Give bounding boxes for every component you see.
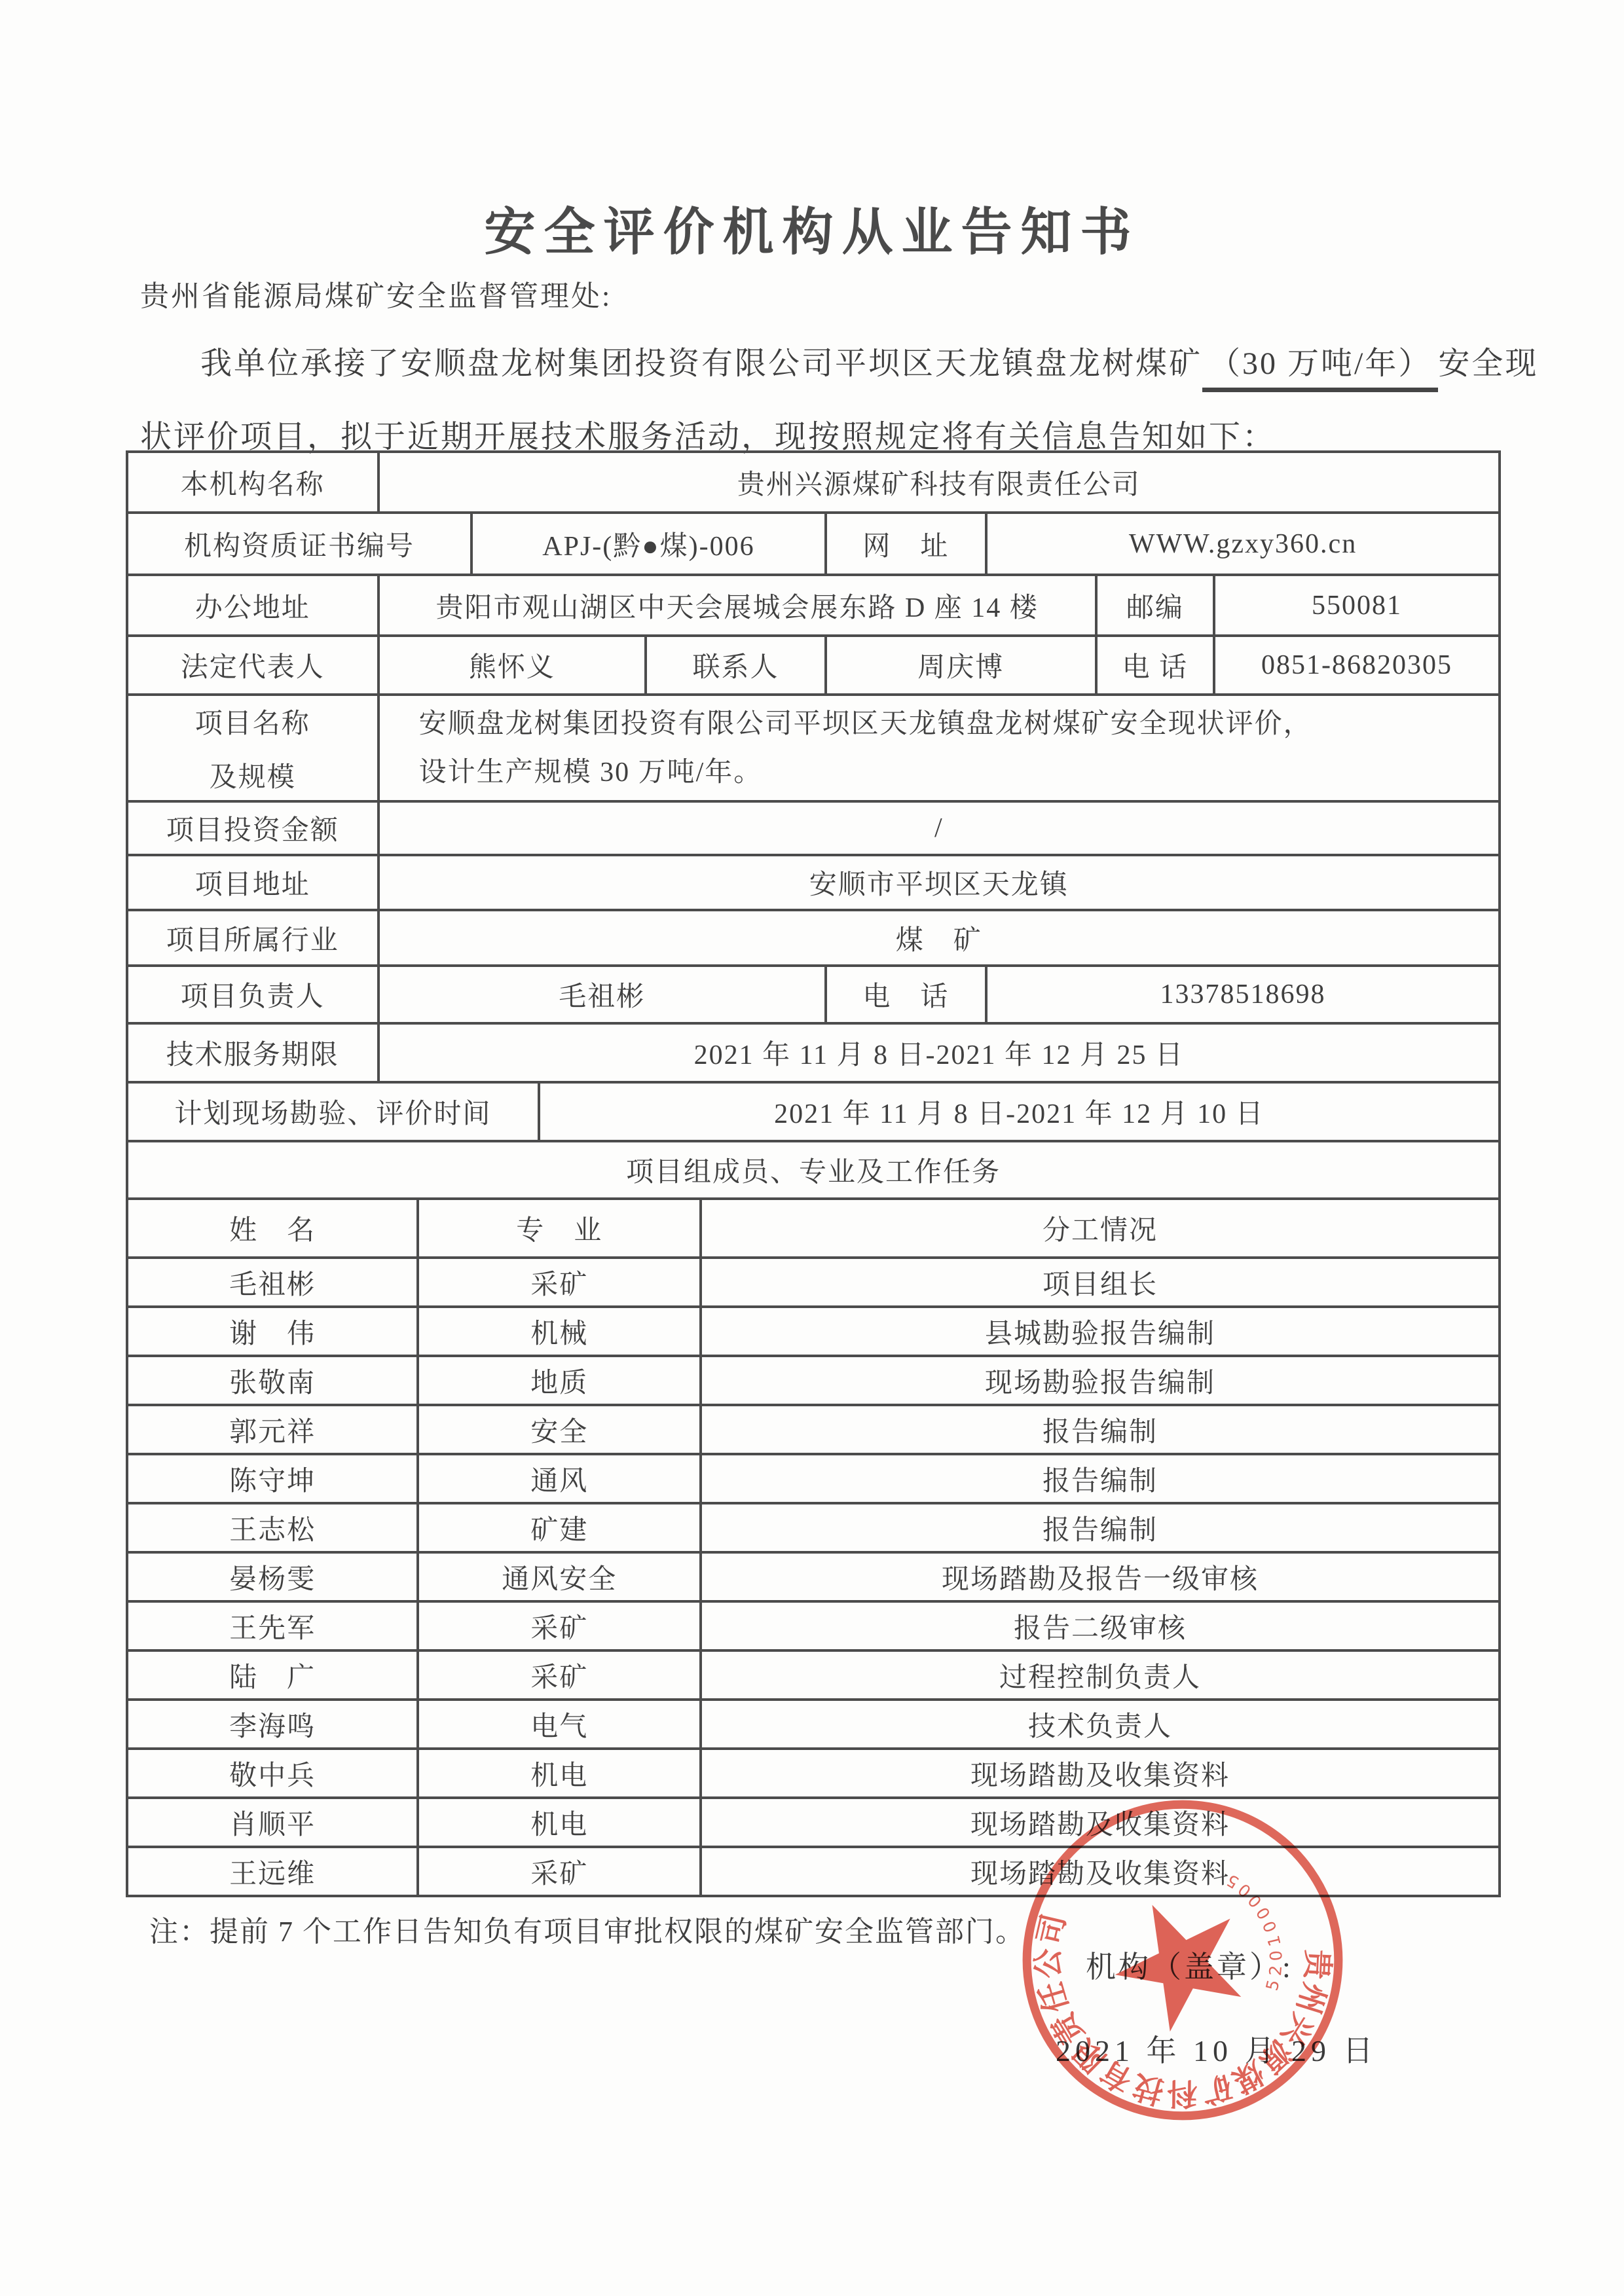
- cert-label: 机构资质证书编号: [127, 513, 471, 575]
- row-service-period: 技术服务期限 2021 年 11 月 8 日-2021 年 12 月 25 日: [127, 1023, 1500, 1082]
- company-seal-stamp: 贵州兴源煤矿科技有限责任公司 5201000052015: [1011, 1789, 1354, 2132]
- member-duty: 报告编制: [701, 1405, 1500, 1454]
- member-row: 谢 伟 机械 县城勘验报告编制: [127, 1307, 1500, 1356]
- row-team-header: 项目组成员、专业及工作任务: [127, 1141, 1500, 1199]
- member-name: 王志松: [127, 1503, 418, 1552]
- underlined-capacity: （30 万吨/年）: [1202, 346, 1438, 392]
- row-legal: 法定代表人 熊怀义 联系人 周庆博 电 话 0851-86820305: [127, 636, 1500, 695]
- member-duty: 县城勘验报告编制: [701, 1307, 1500, 1356]
- member-duty: 报告编制: [701, 1454, 1500, 1503]
- row-invest: 项目投资金额 /: [127, 801, 1500, 855]
- zip-value: 550081: [1214, 575, 1500, 636]
- service-value: 2021 年 11 月 8 日-2021 年 12 月 25 日: [378, 1023, 1500, 1082]
- member-duty: 技术负责人: [701, 1700, 1500, 1749]
- member-name: 肖顺平: [127, 1798, 418, 1847]
- contact-value: 周庆博: [826, 636, 1096, 695]
- member-row: 李海鸣 电气 技术负责人: [127, 1700, 1500, 1749]
- member-row: 郭元祥 安全 报告编制: [127, 1405, 1500, 1454]
- member-duty: 项目组长: [701, 1258, 1500, 1307]
- col-header-name: 姓 名: [127, 1199, 418, 1258]
- member-name: 敬中兵: [127, 1749, 418, 1798]
- leader-value: 毛祖彬: [378, 966, 826, 1023]
- member-major: 机电: [418, 1798, 701, 1847]
- org-name-value: 贵州兴源煤矿科技有限责任公司: [378, 452, 1500, 513]
- col-header-duty: 分工情况: [701, 1199, 1500, 1258]
- team-header: 项目组成员、专业及工作任务: [127, 1141, 1500, 1199]
- project-value-line1: 安顺盘龙树集团投资有限公司平坝区天龙镇盘龙树煤矿安全现状评价，: [380, 700, 1498, 748]
- footnote: 注：提前 7 个工作日告知负有项目审批权限的煤矿安全监管部门。: [149, 1908, 1025, 1950]
- leader-tel-value: 13378518698: [986, 966, 1500, 1023]
- leader-tel-label: 电 话: [826, 966, 986, 1023]
- document-page: 安全评价机构从业告知书 贵州省能源局煤矿安全监督管理处: 我单位承接了安顺盘龙树…: [0, 0, 1624, 2296]
- member-major: 采矿: [418, 1258, 701, 1307]
- member-major: 采矿: [418, 1650, 701, 1700]
- member-row: 张敬南 地质 现场勘验报告编制: [127, 1356, 1500, 1405]
- member-name: 王先军: [127, 1601, 418, 1650]
- legal-label: 法定代表人: [127, 636, 378, 695]
- zip-label: 邮编: [1096, 575, 1214, 636]
- member-major: 安全: [418, 1405, 701, 1454]
- info-table: 本机构名称 贵州兴源煤矿科技有限责任公司 机构资质证书编号 APJ-(黔●煤)-…: [126, 450, 1501, 1897]
- tel-label: 电 话: [1096, 636, 1214, 695]
- member-name: 陆 广: [127, 1650, 418, 1700]
- intro-paragraph: 我单位承接了安顺盘龙树集团投资有限公司平坝区天龙镇盘龙树煤矿（30 万吨/年）安…: [140, 331, 1502, 470]
- intro-line-1-text: 我单位承接了安顺盘龙树集团投资有限公司平坝区天龙镇盘龙树煤矿: [200, 346, 1202, 381]
- member-name: 毛祖彬: [127, 1258, 418, 1307]
- cert-value: APJ-(黔●煤)-006: [471, 513, 826, 575]
- member-duty: 报告编制: [701, 1503, 1500, 1552]
- col-header-major: 专 业: [418, 1199, 701, 1258]
- row-survey-time: 计划现场勘验、评价时间 2021 年 11 月 8 日-2021 年 12 月 …: [127, 1082, 1500, 1141]
- member-major: 矿建: [418, 1503, 701, 1552]
- member-row: 王志松 矿建 报告编制: [127, 1503, 1500, 1552]
- website-label: 网 址: [826, 513, 986, 575]
- office-value: 贵阳市观山湖区中天会展城会展东路 D 座 14 楼: [378, 575, 1096, 636]
- member-duty: 现场勘验报告编制: [701, 1356, 1500, 1405]
- service-label: 技术服务期限: [127, 1023, 378, 1082]
- survey-value: 2021 年 11 月 8 日-2021 年 12 月 10 日: [539, 1082, 1500, 1141]
- invest-label: 项目投资金额: [127, 801, 378, 855]
- addr-label: 项目地址: [127, 855, 378, 910]
- member-name: 陈守坤: [127, 1454, 418, 1503]
- member-duty: 现场踏勘及报告一级审核: [701, 1552, 1500, 1601]
- member-name: 郭元祥: [127, 1405, 418, 1454]
- row-org-name: 本机构名称 贵州兴源煤矿科技有限责任公司: [127, 452, 1500, 513]
- invest-value: /: [378, 801, 1500, 855]
- row-office: 办公地址 贵阳市观山湖区中天会展城会展东路 D 座 14 楼 邮编 550081: [127, 575, 1500, 636]
- survey-label: 计划现场勘验、评价时间: [127, 1082, 539, 1141]
- star-icon: [1107, 1901, 1254, 2043]
- member-major: 通风: [418, 1454, 701, 1503]
- row-leader: 项目负责人 毛祖彬 电 话 13378518698: [127, 966, 1500, 1023]
- member-name: 李海鸣: [127, 1700, 418, 1749]
- row-col-headers: 姓 名 专 业 分工情况: [127, 1199, 1500, 1258]
- project-value-line2: 设计生产规模 30 万吨/年。: [380, 748, 1498, 797]
- member-row: 王先军 采矿 报告二级审核: [127, 1601, 1500, 1650]
- member-major: 机械: [418, 1307, 701, 1356]
- member-major: 电气: [418, 1700, 701, 1749]
- addr-value: 安顺市平坝区天龙镇: [378, 855, 1500, 910]
- intro-line-1-tail: 安全现: [1438, 346, 1538, 381]
- member-duty: 过程控制负责人: [701, 1650, 1500, 1700]
- member-name: 谢 伟: [127, 1307, 418, 1356]
- member-major: 通风安全: [418, 1552, 701, 1601]
- project-label: 项目名称 及规模: [127, 695, 378, 801]
- row-industry: 项目所属行业 煤 矿: [127, 910, 1500, 966]
- tel-value: 0851-86820305: [1214, 636, 1500, 695]
- legal-value: 熊怀义: [378, 636, 646, 695]
- industry-value: 煤 矿: [378, 910, 1500, 966]
- contact-label: 联系人: [646, 636, 826, 695]
- page-title: 安全评价机构从业告知书: [0, 191, 1624, 264]
- row-cert: 机构资质证书编号 APJ-(黔●煤)-006 网 址 WWW.gzxy360.c…: [127, 513, 1500, 575]
- member-name: 张敬南: [127, 1356, 418, 1405]
- project-label-line2: 及规模: [210, 756, 296, 795]
- website-value: WWW.gzxy360.cn: [986, 513, 1500, 575]
- project-value: 安顺盘龙树集团投资有限公司平坝区天龙镇盘龙树煤矿安全现状评价， 设计生产规模 3…: [378, 695, 1500, 801]
- member-major: 采矿: [418, 1847, 701, 1896]
- member-row: 毛祖彬 采矿 项目组长: [127, 1258, 1500, 1307]
- member-row: 陆 广 采矿 过程控制负责人: [127, 1650, 1500, 1700]
- member-name: 晏杨雯: [127, 1552, 418, 1601]
- org-name-label: 本机构名称: [127, 452, 378, 513]
- industry-label: 项目所属行业: [127, 910, 378, 966]
- member-row: 晏杨雯 通风安全 现场踏勘及报告一级审核: [127, 1552, 1500, 1601]
- office-label: 办公地址: [127, 575, 378, 636]
- member-row: 陈守坤 通风 报告编制: [127, 1454, 1500, 1503]
- salutation-line: 贵州省能源局煤矿安全监督管理处:: [140, 272, 612, 314]
- row-addr: 项目地址 安顺市平坝区天龙镇: [127, 855, 1500, 910]
- member-name: 王远维: [127, 1847, 418, 1896]
- row-project: 项目名称 及规模 安顺盘龙树集团投资有限公司平坝区天龙镇盘龙树煤矿安全现状评价，…: [127, 695, 1500, 801]
- member-major: 采矿: [418, 1601, 701, 1650]
- project-label-line1: 项目名称: [195, 702, 310, 741]
- intro-line-1: 我单位承接了安顺盘龙树集团投资有限公司平坝区天龙镇盘龙树煤矿（30 万吨/年）安…: [140, 331, 1502, 397]
- member-major: 机电: [418, 1749, 701, 1798]
- member-major: 地质: [418, 1356, 701, 1405]
- member-duty: 报告二级审核: [701, 1601, 1500, 1650]
- leader-label: 项目负责人: [127, 966, 378, 1023]
